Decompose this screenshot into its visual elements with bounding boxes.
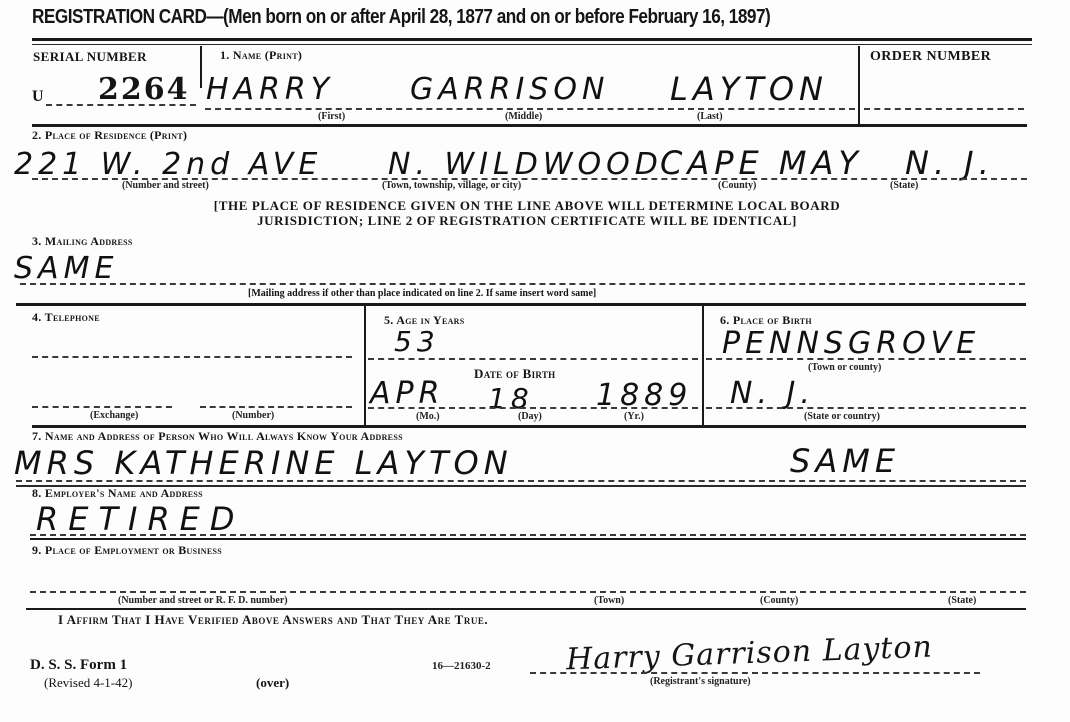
name-first-caption: (First) xyxy=(318,111,345,122)
age-line xyxy=(368,358,698,360)
name-middle-caption: (Middle) xyxy=(505,111,542,122)
age-value: 53 xyxy=(394,325,440,358)
residence-state-value: N. J. xyxy=(905,144,994,182)
contact-label: 7. Name and Address of Person Who Will A… xyxy=(32,429,403,444)
name-label: 1. Name (Print) xyxy=(220,48,302,63)
age-divider-left xyxy=(364,305,366,425)
name-middle-value: GARRISON xyxy=(410,72,609,107)
residence-county-caption: (County) xyxy=(718,180,756,191)
mailing-note: [Mailing address if other than place ind… xyxy=(248,288,596,299)
dob-day-caption: (Day) xyxy=(518,411,542,422)
residence-street-value: 221 W. 2nd AVE xyxy=(14,147,322,182)
mailing-line xyxy=(20,283,1025,285)
employment-street-caption: (Number and street or R. F. D. number) xyxy=(118,595,288,606)
employment-line xyxy=(30,591,1026,593)
birthplace-town-caption: (Town or county) xyxy=(808,362,881,373)
dob-month-caption: (Mo.) xyxy=(416,411,440,422)
order-number-line xyxy=(864,108,1024,110)
header-divider-thin xyxy=(32,44,1032,45)
residence-note-line1: [THE PLACE OF RESIDENCE GIVEN ON THE LIN… xyxy=(92,198,962,214)
header-divider xyxy=(32,38,1032,41)
employer-line xyxy=(30,534,1026,536)
birthplace-town-line xyxy=(706,358,1026,360)
serial-number-label: SERIAL NUMBER xyxy=(33,49,147,65)
contact-name-value: MRS KATHERINE LAYTON xyxy=(14,444,513,482)
serial-divider xyxy=(200,46,202,88)
mailing-address-label: 3. Mailing Address xyxy=(32,234,133,249)
order-number-label: ORDER NUMBER xyxy=(870,49,991,65)
registrant-signature: Harry Garrison Layton xyxy=(566,630,934,678)
telephone-exchange-line xyxy=(32,406,172,408)
residence-town-value: N. WILDWOOD xyxy=(388,147,663,182)
dob-year-caption: (Yr.) xyxy=(624,411,644,422)
name-line xyxy=(205,108,855,110)
row1-divider xyxy=(32,124,1027,127)
order-divider xyxy=(858,46,860,124)
name-last-caption: (Last) xyxy=(697,111,723,122)
form-name: D. S. S. Form 1 xyxy=(30,657,127,674)
contact-line xyxy=(16,480,1026,482)
row3-divider xyxy=(16,303,1026,306)
date-of-birth-label: Date of Birth xyxy=(474,366,555,382)
residence-state-caption: (State) xyxy=(890,180,918,191)
serial-line xyxy=(46,104,196,106)
residence-label: 2. Place of Residence (Print) xyxy=(32,128,187,143)
telephone-line-1 xyxy=(32,356,352,358)
birthplace-town-value: PENNSGROVE xyxy=(722,326,980,361)
telephone-number-line xyxy=(200,406,352,408)
telephone-exchange-caption: (Exchange) xyxy=(90,410,138,421)
employer-value: RETIRED xyxy=(36,500,245,538)
mailing-address-value: SAME xyxy=(14,251,118,286)
residence-street-caption: (Number and street) xyxy=(122,180,209,191)
birthplace-state-value: N. J. xyxy=(730,376,815,411)
birthplace-state-caption: (State or country) xyxy=(804,411,880,422)
form-revised: (Revised 4-1-42) xyxy=(44,675,132,691)
telephone-number-caption: (Number) xyxy=(232,410,274,421)
print-code: 16—21630-2 xyxy=(432,660,491,672)
telephone-label: 4. Telephone xyxy=(32,310,100,325)
residence-county-value: CAPE MAY xyxy=(660,144,863,182)
name-last-value: LAYTON xyxy=(670,70,828,108)
name-first-value: HARRY xyxy=(206,72,334,107)
form-over: (over) xyxy=(256,675,289,691)
serial-number-value: 2264 xyxy=(98,72,190,107)
dob-line xyxy=(368,407,698,409)
residence-note-line2: JURISDICTION; LINE 2 OF REGISTRATION CER… xyxy=(92,213,962,229)
employer-label: 8. Employer's Name and Address xyxy=(32,486,203,501)
employment-town-caption: (Town) xyxy=(594,595,624,606)
card-title: REGISTRATION CARD—(Men born on or after … xyxy=(32,6,770,29)
residence-town-caption: (Town, township, village, or city) xyxy=(382,180,521,191)
contact-address-value: SAME xyxy=(790,442,900,480)
signature-caption: (Registrant's signature) xyxy=(650,676,751,687)
employment-label: 9. Place of Employment or Business xyxy=(32,543,222,558)
employment-state-caption: (State) xyxy=(948,595,976,606)
birthplace-divider xyxy=(702,305,704,425)
birthplace-state-line xyxy=(706,407,1026,409)
dob-month-value: APR xyxy=(370,376,444,411)
affirmation-text: I Affirm That I Have Verified Above Answ… xyxy=(58,612,488,628)
row8-divider xyxy=(30,538,1026,540)
serial-prefix: U xyxy=(32,88,44,106)
row4-divider xyxy=(32,425,1026,428)
row9-divider xyxy=(26,608,1026,610)
employment-county-caption: (County) xyxy=(760,595,798,606)
signature-line xyxy=(530,672,980,674)
